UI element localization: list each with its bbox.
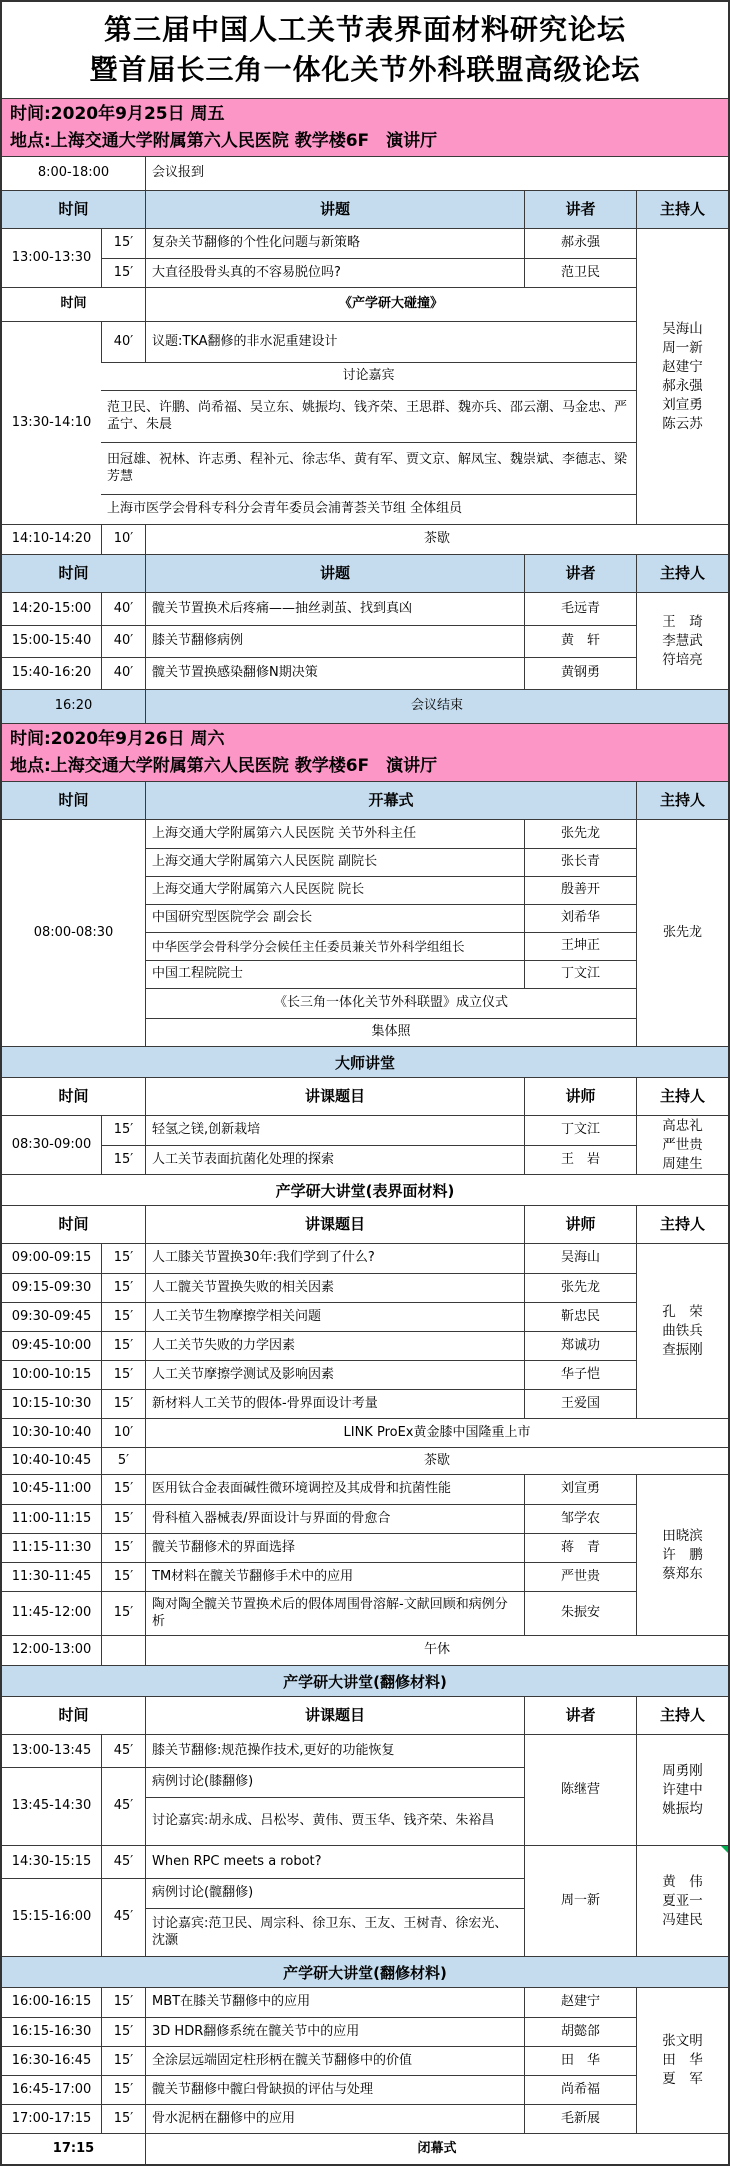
schedule-row: 17:00-17:15 15′ 骨水泥柄在翻修中的应用 毛新展 [2, 2104, 636, 2133]
duration-cell: 40′ [101, 322, 145, 362]
opening-row: 中国研究型医院学会 副会长 刘希华 [145, 904, 636, 932]
time-cell: 13:00-13:30 [2, 229, 101, 287]
duration-cell: 15′ [101, 1475, 145, 1504]
topic-cell: 复杂关节翻修的个性化问题与新策略 [145, 229, 524, 258]
clash-title: 《产学研大碰撞》 [145, 288, 636, 321]
lunch-label: 午休 [145, 1636, 728, 1665]
duration-cell: 15′ [101, 1244, 145, 1273]
header-time: 时间 [2, 191, 145, 228]
moderator-cell: 张先龙 [636, 820, 728, 1046]
duration-cell: 15′ [101, 1563, 145, 1591]
duration-cell: 15′ [101, 259, 145, 287]
speaker-cell: 丁文江 [524, 961, 636, 988]
header-speaker: 讲师 [524, 1078, 636, 1115]
tea-break-row: 14:10-14:20 10′ 茶歇 [2, 524, 728, 554]
duration-cell: 45′ [101, 1846, 145, 1878]
tea-break-label: 茶歇 [145, 525, 728, 554]
day1-afternoon-block: 13:00-13:30 15′ 复杂关节翻修的个性化问题与新策略 郝永强 15′… [2, 228, 728, 524]
guests-line: 上海市医学会骨科专科分会青年委员会浦菁荟关节组 全体组员 [101, 494, 636, 524]
time-cell: 10:30-10:40 [2, 1419, 101, 1447]
duration-cell: 40′ [101, 593, 145, 625]
schedule-row: 16:00-16:15 15′ MBT在膝关节翻修中的应用 赵建宁 [2, 1988, 636, 2017]
header-speaker: 讲师 [524, 1206, 636, 1243]
topic-cell: 人工关节生物摩擦学相关问题 [145, 1303, 524, 1331]
duration-cell: 15′ [101, 1988, 145, 2017]
moderator-cell: 田晓滨 许 鹏 蔡郑东 [636, 1475, 728, 1635]
day1-banner-time: 时间:2020年9月25日 周五 [10, 101, 728, 128]
group-photo-row: 集体照 [145, 1018, 636, 1046]
tea-break-row: 10:40-10:45 5′ 茶歇 [2, 1447, 728, 1474]
registration-time: 8:00-18:00 [2, 157, 145, 190]
duration-cell: 15′ [101, 2047, 145, 2075]
moderator-cell: 高忠礼 严世贵 周建生 [636, 1116, 728, 1174]
day1-banner-place: 地点:上海交通大学附属第六人民医院 教学楼6F 演讲厅 [10, 128, 728, 155]
duration-cell: 40′ [101, 626, 145, 657]
speaker-cell: 刘希华 [524, 905, 636, 932]
time-cell: 08:00-08:30 [2, 820, 145, 1046]
registration-label: 会议报到 [145, 157, 728, 190]
speaker-cell: 田 华 [524, 2047, 636, 2075]
moderator-name: 郝永强 [662, 377, 703, 396]
day1-closing-row: 16:20 会议结束 [2, 689, 728, 723]
speaker-cell: 赵建宁 [524, 1988, 636, 2017]
moderator-name: 姚振均 [662, 1800, 703, 1819]
revision-session1-banner: 产学研大讲堂(翻修材料) [2, 1665, 728, 1696]
header-topic: 讲课题目 [145, 1206, 524, 1243]
schedule-row: 16:30-16:45 15′ 全涂层远端固定柱形柄在髋关节翻修中的价值 田 华 [2, 2046, 636, 2075]
moderator-cell: 张文明 田 华 夏 军 [636, 1988, 728, 2133]
time-cell: 13:30-14:10 [2, 322, 101, 524]
speaker-cell: 王 岩 [524, 1146, 636, 1174]
time-cell: 15:40-16:20 [2, 658, 101, 689]
speaker-cell: 邹学农 [524, 1505, 636, 1533]
schedule-row: 11:45-12:00 15′ 陶对陶全髋关节置换术后的假体周围骨溶解-文献回顾… [2, 1591, 636, 1635]
time-cell: 14:20-15:00 [2, 593, 101, 625]
moderator-name: 赵建宁 [662, 358, 703, 377]
speaker-cell: 郑诚功 [524, 1332, 636, 1360]
time-cell: 16:45-17:00 [2, 2076, 101, 2104]
header-opening-title: 开幕式 [145, 782, 636, 819]
duration-cell: 45′ [101, 1879, 145, 1956]
moderator-name: 许 鹏 [662, 1546, 703, 1565]
speaker-cell: 张先龙 [524, 1274, 636, 1302]
time-cell: 13:00-13:45 [2, 1735, 101, 1767]
knee-revision-block: 13:00-13:45 45′ 膝关节翻修:规范操作技术,更好的功能恢复 13:… [2, 1734, 728, 1845]
schedule-row: 14:20-15:00 40′ 髋关节置换术后疼痛——抽丝剥茧、找到真凶 毛远青 [2, 593, 636, 625]
opening-title-cell: 中华医学会骨科学分会候任主任委员兼关节外科学组组长 [145, 933, 524, 960]
schedule-row: 14:30-15:15 45′ When RPC meets a robot? [2, 1846, 524, 1878]
opening-title-cell: 中国工程院院士 [145, 961, 524, 988]
topic-cell: 陶对陶全髋关节置换术后的假体周围骨溶解-文献回顾和病例分析 [145, 1592, 524, 1635]
case-discussion-block: 13:45-14:30 45′ 病例讨论(膝翻修) 讨论嘉宾:胡永成、吕松岑、黄… [2, 1767, 524, 1845]
opening-row: 中华医学会骨科学分会候任主任委员兼关节外科学组组长 王坤正 [145, 932, 636, 960]
time-cell: 12:00-13:00 [2, 1636, 101, 1665]
header-topic: 讲课题目 [145, 1697, 524, 1734]
surface-session-header: 时间 讲课题目 讲师 主持人 [2, 1205, 728, 1243]
time-cell: 14:10-14:20 [2, 525, 101, 554]
duration-cell: 15′ [101, 229, 145, 258]
moderator-name: 陈云苏 [662, 415, 703, 434]
moderator-name: 冯建民 [662, 1911, 703, 1930]
lunch-row: 12:00-13:00 午休 [2, 1635, 728, 1665]
moderator-name: 许建中 [662, 1781, 703, 1800]
duration-cell: 15′ [101, 1505, 145, 1533]
speaker-cell: 丁文江 [524, 1116, 636, 1145]
duration-cell: 15′ [101, 1592, 145, 1635]
topic-cell: 人工膝关节置换30年:我们学到了什么? [145, 1244, 524, 1273]
day2-banner-place: 地点:上海交通大学附属第六人民医院 教学楼6F 演讲厅 [10, 753, 728, 780]
moderator-cell: 孔 荣 曲铁兵 查振刚 [636, 1244, 728, 1418]
time-cell: 11:30-11:45 [2, 1563, 101, 1591]
time-cell: 17:00-17:15 [2, 2105, 101, 2133]
opening-title-cell: 上海交通大学附属第六人民医院 关节外科主任 [145, 820, 524, 848]
topic-cell: 全涂层远端固定柱形柄在髋关节翻修中的价值 [145, 2047, 524, 2075]
opening-block: 08:00-08:30 上海交通大学附属第六人民医院 关节外科主任 张先龙 上海… [2, 819, 728, 1046]
opening-row: 上海交通大学附属第六人民医院 副院长 张长青 [145, 848, 636, 876]
topic-cell: 人工关节表面抗菌化处理的探索 [145, 1146, 524, 1174]
time-cell: 11:15-11:30 [2, 1534, 101, 1562]
schedule-row: 15′ 复杂关节翻修的个性化问题与新策略 郝永强 [101, 229, 636, 258]
time-cell: 10:40-10:45 [2, 1448, 101, 1474]
duration-cell: 45′ [101, 1735, 145, 1767]
master-class-header: 时间 讲课题目 讲师 主持人 [2, 1077, 728, 1115]
moderator-name: 田晓滨 [662, 1527, 703, 1546]
speaker-cell: 毛新展 [524, 2105, 636, 2133]
duration-cell [101, 1636, 145, 1665]
moderator-cell: 吴海山 周一新 赵建宁 郝永强 刘宣勇 陈云苏 [636, 229, 728, 524]
conference-schedule-sheet: 第三届中国人工关节表界面材料研究论坛 暨首届长三角一体化关节外科联盟高级论坛 时… [0, 0, 730, 2166]
time-cell: 08:30-09:00 [2, 1116, 101, 1174]
header-moderator: 主持人 [636, 782, 728, 819]
duration-cell: 10′ [101, 1419, 145, 1447]
master-class-banner: 大师讲堂 [2, 1046, 728, 1077]
moderator-name: 周勇刚 [662, 1762, 703, 1781]
speaker-cell: 毛远青 [524, 593, 636, 625]
header-speaker: 讲者 [524, 1697, 636, 1734]
issue-cell: 议题:TKA翻修的非水泥重建设计 [145, 322, 636, 362]
duration-cell: 5′ [101, 1448, 145, 1474]
topic-cell: 髋关节翻修术的界面选择 [145, 1534, 524, 1562]
surface-block-2: 10:45-11:00 15′ 医用钛合金表面碱性微环境调控及其成骨和抗菌性能 … [2, 1474, 728, 1635]
comment-marker-triangle [721, 1846, 728, 1853]
time-cell: 14:30-15:15 [2, 1846, 101, 1878]
speaker-cell: 陈继营 [524, 1735, 636, 1845]
revision-session2-banner: 产学研大讲堂(翻修材料) [2, 1956, 728, 1987]
day2-banner-time: 时间:2020年9月26日 周六 [10, 726, 728, 753]
moderator-cell: 王 琦 李慧武 符培亮 [636, 593, 728, 689]
day1-banner: 时间:2020年9月25日 周五 地点:上海交通大学附属第六人民医院 教学楼6F… [2, 98, 728, 156]
header-time: 时间 [2, 782, 145, 819]
schedule-row: 10:00-10:15 15′ 人工关节摩擦学测试及影响因素 华子恺 [2, 1360, 636, 1389]
schedule-row: 11:00-11:15 15′ 骨科植入器械表/界面设计与界面的骨愈合 邹学农 [2, 1504, 636, 1533]
speaker-cell: 王爱国 [524, 1390, 636, 1418]
topic-cell: 人工髋关节置换失败的相关因素 [145, 1274, 524, 1302]
moderator-name: 周一新 [662, 339, 703, 358]
time-cell: 09:45-10:00 [2, 1332, 101, 1360]
topic-cell: 轻氢之镁,创新栽培 [145, 1116, 524, 1145]
duration-cell: 15′ [101, 2076, 145, 2104]
speaker-cell: 黄钢勇 [524, 658, 636, 689]
duration-cell: 15′ [101, 1146, 145, 1174]
surface-session-banner: 产学研大讲堂(表界面材料) [2, 1174, 728, 1205]
moderator-name: 蔡郑东 [662, 1565, 703, 1584]
topic-cell: TM材料在髋关节翻修手术中的应用 [145, 1563, 524, 1591]
moderator-name: 曲铁兵 [662, 1322, 703, 1341]
schedule-row: 09:15-09:30 15′ 人工髋关节置换失败的相关因素 张先龙 [2, 1273, 636, 1302]
guests-cell: 讨论嘉宾:范卫民、周宗科、徐卫东、王友、王树青、徐宏光、沈灏 [145, 1908, 524, 1956]
closing-label: 会议结束 [145, 690, 728, 723]
topic-cell: 人工关节失败的力学因素 [145, 1332, 524, 1360]
day1-header1: 时间 讲题 讲者 主持人 [2, 190, 728, 228]
topic-cell: 骨科植入器械表/界面设计与界面的骨愈合 [145, 1505, 524, 1533]
schedule-row: 15′ 轻氢之镁,创新栽培 丁文江 [101, 1116, 636, 1145]
opening-title-cell: 上海交通大学附属第六人民医院 院长 [145, 877, 524, 904]
title-line-2: 暨首届长三角一体化关节外科联盟高级论坛 [89, 50, 640, 90]
moderator-name: 夏 军 [662, 2070, 703, 2089]
opening-title-cell: 中国研究型医院学会 副会长 [145, 905, 524, 932]
title-line-1: 第三届中国人工关节表界面材料研究论坛 [104, 10, 626, 50]
hip-revision-block: 14:30-15:15 45′ When RPC meets a robot? … [2, 1845, 728, 1956]
moderator-name: 李慧武 [662, 632, 703, 651]
time-cell: 17:15 [2, 2134, 145, 2164]
closing-ceremony-row: 17:15 闭幕式 [2, 2133, 728, 2164]
schedule-row: 10:15-10:30 15′ 新材料人工关节的假体-骨界面设计考量 王爱国 [2, 1389, 636, 1418]
opening-header: 时间 开幕式 主持人 [2, 781, 728, 819]
launch-label: LINK ProEx黄金膝中国隆重上市 [145, 1419, 728, 1447]
surface-block-1: 09:00-09:15 15′ 人工膝关节置换30年:我们学到了什么? 吴海山 … [2, 1243, 728, 1418]
speaker-cell: 靳忠民 [524, 1303, 636, 1331]
moderator-name: 周建生 [662, 1155, 703, 1174]
duration-cell: 10′ [101, 525, 145, 554]
header-topic: 讲课题目 [145, 1078, 524, 1115]
speaker-cell: 范卫民 [524, 259, 636, 287]
speaker-cell: 殷善开 [524, 877, 636, 904]
moderator-name: 张文明 [662, 2032, 703, 2051]
day1-header2: 时间 讲题 讲者 主持人 [2, 554, 728, 592]
topic-cell: MBT在膝关节翻修中的应用 [145, 1988, 524, 2017]
duration-cell: 15′ [101, 2018, 145, 2046]
topic-cell: When RPC meets a robot? [145, 1846, 524, 1878]
time-cell: 13:45-14:30 [2, 1768, 101, 1845]
time-cell: 15:15-16:00 [2, 1879, 101, 1956]
header-speaker: 讲者 [524, 191, 636, 228]
closing-ceremony-label: 闭幕式 [145, 2134, 728, 2164]
opening-row: 上海交通大学附属第六人民医院 关节外科主任 张先龙 [145, 820, 636, 848]
duration-cell: 45′ [101, 1768, 145, 1845]
topic-cell: 人工关节摩擦学测试及影响因素 [145, 1361, 524, 1389]
schedule-row: 09:30-09:45 15′ 人工关节生物摩擦学相关问题 靳忠民 [2, 1302, 636, 1331]
day2-banner: 时间:2020年9月26日 周六 地点:上海交通大学附属第六人民医院 教学楼6F… [2, 723, 728, 781]
duration-cell: 15′ [101, 2105, 145, 2133]
moderator-name: 高忠礼 [662, 1117, 703, 1136]
schedule-row: 09:00-09:15 15′ 人工膝关节置换30年:我们学到了什么? 吴海山 [2, 1244, 636, 1273]
speaker-cell: 黄 轩 [524, 626, 636, 657]
duration-cell: 15′ [101, 1116, 145, 1145]
speaker-cell: 周一新 [524, 1846, 636, 1956]
topic-cell: 骨水泥柄在翻修中的应用 [145, 2105, 524, 2133]
product-launch-row: 10:30-10:40 10′ LINK ProEx黄金膝中国隆重上市 [2, 1418, 728, 1447]
topic-cell: 大直径股骨头真的不容易脱位吗? [145, 259, 524, 287]
time-cell: 09:30-09:45 [2, 1303, 101, 1331]
moderator-name: 严世贵 [662, 1136, 703, 1155]
opening-row: 上海交通大学附属第六人民医院 院长 殷善开 [145, 876, 636, 904]
moderator-name: 查振刚 [662, 1341, 703, 1360]
time-cell: 16:20 [2, 690, 145, 723]
header-topic: 讲题 [145, 191, 524, 228]
speaker-cell: 尚希福 [524, 2076, 636, 2104]
schedule-row: 15′ 人工关节表面抗菌化处理的探索 王 岩 [101, 1145, 636, 1174]
revision-session1-header: 时间 讲课题目 讲者 主持人 [2, 1696, 728, 1734]
schedule-row: 16:15-16:30 15′ 3D HDR翻修系统在髋关节中的应用 胡懿郃 [2, 2017, 636, 2046]
guests-line: 田冠雄、祝林、许志勇、程补元、徐志华、黄有军、贾文京、解凤宝、魏崇斌、李德志、梁… [101, 442, 636, 494]
case-discussion-block: 15:15-16:00 45′ 病例讨论(髋翻修) 讨论嘉宾:范卫民、周宗科、徐… [2, 1878, 524, 1956]
schedule-row: 13:00-13:45 45′ 膝关节翻修:规范操作技术,更好的功能恢复 [2, 1735, 524, 1767]
discussion-block: 13:30-14:10 40′ 议题:TKA翻修的非水泥重建设计 讨论嘉宾 范卫… [2, 321, 636, 524]
duration-cell: 15′ [101, 1534, 145, 1562]
moderator-name: 吴海山 [662, 320, 703, 339]
case-label-cell: 病例讨论(膝翻修) [145, 1768, 524, 1797]
topic-cell: 新材料人工关节的假体-骨界面设计考量 [145, 1390, 524, 1418]
day1-late-block: 14:20-15:00 40′ 髋关节置换术后疼痛——抽丝剥茧、找到真凶 毛远青… [2, 592, 728, 689]
clash-time-label: 时间 [2, 288, 145, 321]
speaker-cell: 王坤正 [524, 933, 636, 960]
clash-subheader: 时间 《产学研大碰撞》 [2, 287, 636, 321]
speaker-cell: 张长青 [524, 849, 636, 876]
speaker-cell: 严世贵 [524, 1563, 636, 1591]
topic-cell: 髋关节翻修中髋臼骨缺损的评估与处理 [145, 2076, 524, 2104]
time-cell: 10:00-10:15 [2, 1361, 101, 1389]
moderator-name: 夏亚一 [662, 1892, 703, 1911]
header-moderator: 主持人 [636, 1697, 728, 1734]
guests-line: 范卫民、许鹏、尚希福、吴立东、姚振均、钱齐荣、王思群、魏亦兵、邵云潮、马金忠、严… [101, 390, 636, 442]
speaker-cell: 蒋 青 [524, 1534, 636, 1562]
topic-cell: 医用钛合金表面碱性微环境调控及其成骨和抗菌性能 [145, 1475, 524, 1504]
moderator-name: 黄 伟 [662, 1873, 703, 1892]
time-cell: 11:00-11:15 [2, 1505, 101, 1533]
time-cell: 11:45-12:00 [2, 1592, 101, 1635]
duration-cell: 15′ [101, 1332, 145, 1360]
moderator-cell: 周勇刚 许建中 姚振均 [636, 1735, 728, 1845]
moderator-name: 孔 荣 [662, 1303, 703, 1322]
schedule-row: 09:45-10:00 15′ 人工关节失败的力学因素 郑诚功 [2, 1331, 636, 1360]
master-class-block: 08:30-09:00 15′ 轻氢之镁,创新栽培 丁文江 15′ 人工关节表面… [2, 1115, 728, 1174]
speaker-cell: 郝永强 [524, 229, 636, 258]
schedule-row: 15:40-16:20 40′ 髋关节置换感染翻修N期决策 黄钢勇 [2, 657, 636, 689]
schedule-row: 11:15-11:30 15′ 髋关节翻修术的界面选择 蒋 青 [2, 1533, 636, 1562]
page-title: 第三届中国人工关节表界面材料研究论坛 暨首届长三角一体化关节外科联盟高级论坛 [2, 2, 728, 98]
ceremony-row: 《长三角一体化关节外科联盟》成立仪式 [145, 988, 636, 1018]
opening-title-cell: 上海交通大学附属第六人民医院 副院长 [145, 849, 524, 876]
header-moderator: 主持人 [636, 555, 728, 592]
time-cell: 09:00-09:15 [2, 1244, 101, 1273]
time-cell: 10:15-10:30 [2, 1390, 101, 1418]
guests-label: 讨论嘉宾 [101, 362, 636, 390]
discussion-issue-row: 40′ 议题:TKA翻修的非水泥重建设计 [101, 322, 636, 362]
topic-cell: 髋关节置换感染翻修N期决策 [145, 658, 524, 689]
moderator-name: 王 琦 [662, 613, 703, 632]
schedule-row: 15:00-15:40 40′ 膝关节翻修病例 黄 轩 [2, 625, 636, 657]
topic-cell: 3D HDR翻修系统在髋关节中的应用 [145, 2018, 524, 2046]
time-cell: 16:15-16:30 [2, 2018, 101, 2046]
speaker-cell: 张先龙 [524, 820, 636, 848]
schedule-row: 10:45-11:00 15′ 医用钛合金表面碱性微环境调控及其成骨和抗菌性能 … [2, 1475, 636, 1504]
schedule-row: 16:45-17:00 15′ 髋关节翻修中髋臼骨缺损的评估与处理 尚希福 [2, 2075, 636, 2104]
moderator-cell: 黄 伟 夏亚一 冯建民 [636, 1846, 728, 1956]
time-cell: 10:45-11:00 [2, 1475, 101, 1504]
time-cell: 16:00-16:15 [2, 1988, 101, 2017]
registration-row: 8:00-18:00 会议报到 [2, 156, 728, 190]
header-topic: 讲题 [145, 555, 524, 592]
header-moderator: 主持人 [636, 1078, 728, 1115]
header-moderator: 主持人 [636, 1206, 728, 1243]
opening-row: 中国工程院院士 丁文江 [145, 960, 636, 988]
header-moderator: 主持人 [636, 191, 728, 228]
topic-cell: 膝关节翻修病例 [145, 626, 524, 657]
duration-cell: 15′ [101, 1274, 145, 1302]
speaker-cell: 朱振安 [524, 1592, 636, 1635]
header-speaker: 讲者 [524, 555, 636, 592]
time-cell: 09:15-09:30 [2, 1274, 101, 1302]
schedule-row: 11:30-11:45 15′ TM材料在髋关节翻修手术中的应用 严世贵 [2, 1562, 636, 1591]
tea-break-label: 茶歇 [145, 1448, 728, 1474]
speaker-cell: 刘宣勇 [524, 1475, 636, 1504]
case-label-cell: 病例讨论(髋翻修) [145, 1879, 524, 1908]
time-cell: 16:30-16:45 [2, 2047, 101, 2075]
header-time: 时间 [2, 1206, 145, 1243]
speaker-cell: 胡懿郃 [524, 2018, 636, 2046]
topic-cell: 髋关节置换术后疼痛——抽丝剥茧、找到真凶 [145, 593, 524, 625]
moderator-name: 刘宣勇 [662, 396, 703, 415]
speaker-cell: 华子恺 [524, 1361, 636, 1389]
moderator-name: 符培亮 [662, 651, 703, 670]
duration-cell: 15′ [101, 1303, 145, 1331]
duration-cell: 15′ [101, 1361, 145, 1389]
speaker-cell: 吴海山 [524, 1244, 636, 1273]
time-cell: 15:00-15:40 [2, 626, 101, 657]
duration-cell: 40′ [101, 658, 145, 689]
revision-session2-block: 16:00-16:15 15′ MBT在膝关节翻修中的应用 赵建宁 16:15-… [2, 1987, 728, 2133]
header-time: 时间 [2, 1697, 145, 1734]
moderator-name: 田 华 [662, 2051, 703, 2070]
guests-cell: 讨论嘉宾:胡永成、吕松岑、黄伟、贾玉华、钱齐荣、朱裕昌 [145, 1797, 524, 1845]
schedule-row: 15′ 大直径股骨头真的不容易脱位吗? 范卫民 [101, 258, 636, 287]
header-time: 时间 [2, 1078, 145, 1115]
topic-cell: 膝关节翻修:规范操作技术,更好的功能恢复 [145, 1735, 524, 1767]
duration-cell: 15′ [101, 1390, 145, 1418]
header-time: 时间 [2, 555, 145, 592]
lectures1-block: 13:00-13:30 15′ 复杂关节翻修的个性化问题与新策略 郝永强 15′… [2, 229, 636, 287]
